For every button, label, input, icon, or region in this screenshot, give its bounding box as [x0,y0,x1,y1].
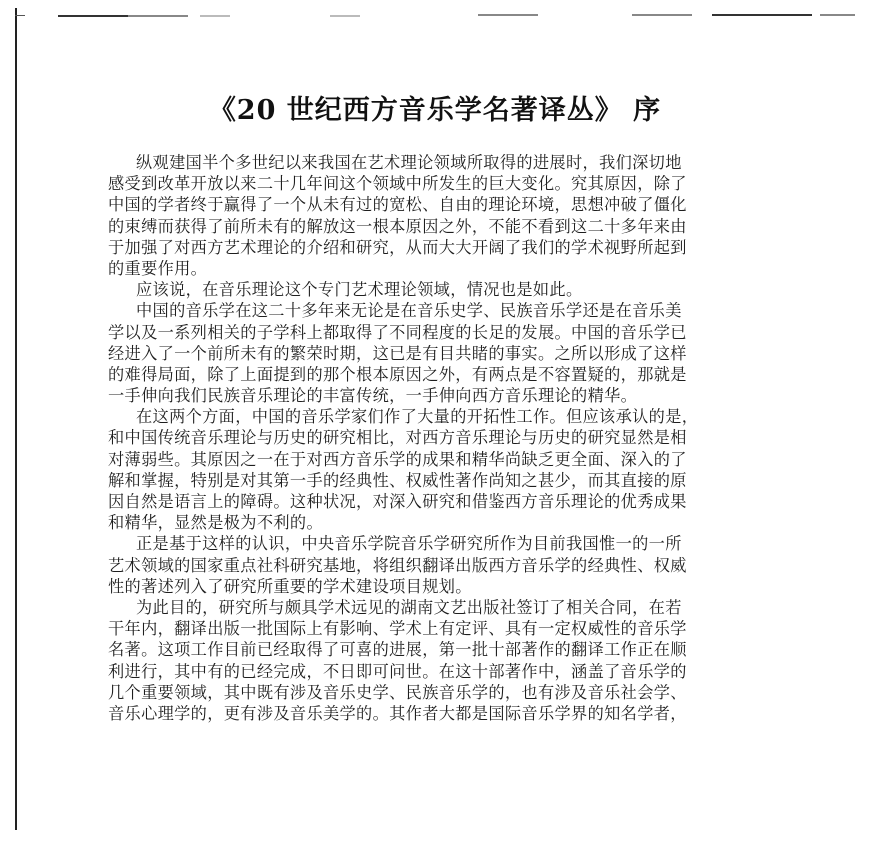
text-line: 几个重要领域，其中既有涉及音乐史学、民族音乐学的，也有涉及音乐社会学、 [108,682,782,703]
paragraph-4: 在这两个方面，中国的音乐学家们作了大量的开拓性工作。但应该承认的是， 和中国传统… [122,406,782,533]
paragraph-5: 正是基于这样的认识，中央音乐学院音乐学研究所作为目前我国惟一的一所 艺术领域的国… [122,533,782,597]
text-line: 利进行，其中有的已经完成，不日即可问世。在这十部著作中，涵盖了音乐学的 [108,661,782,682]
text-line: 音乐心理学的，更有涉及音乐美学的。其作者大都是国际音乐学界的知名学者， [108,703,782,724]
text-line: 中国的学者终于赢得了一个从未有过的宽松、自由的理论环境，思想冲破了僵化 [108,194,782,215]
paragraph-3: 中国的音乐学在这二十多年来无论是在音乐史学、民族音乐学还是在音乐美 学以及一系列… [122,300,782,406]
document-body: 纵观建国半个多世纪以来我国在艺术理论领域所取得的进展时，我们深切地 感受到改革开… [122,152,782,724]
text-line: 和中国传统音乐理论与历史的研究相比，对西方音乐理论与历史的研究显然是相 [108,427,782,448]
text-line: 艺术领域的国家重点社科研究基地，将组织翻译出版西方音乐学的经典性、权威 [108,555,782,576]
text-line: 中国的音乐学在这二十多年来无论是在音乐史学、民族音乐学还是在音乐美 [122,300,782,321]
text-line: 解和掌握，特别是对其第一手的经典性、权威性著作尚知之甚少，而其直接的原 [108,470,782,491]
text-line: 名著。这项工作目前已经取得了可喜的进展，第一批十部著作的翻译工作正在顺 [108,639,782,660]
corner-mark [15,15,25,16]
text-line: 对薄弱些。其原因之一在于对西方音乐学的成果和精华尚缺乏更全面、深入的了 [108,449,782,470]
text-line: 学以及一系列相关的子学科上都取得了不同程度的长足的发展。中国的音乐学已 [108,322,782,343]
text-line: 经进入了一个前所未有的繁荣时期，这已是有目共睹的事实。之所以形成了这样 [108,343,782,364]
text-line: 的束缚而获得了前所未有的解放这一根本原因之外，不能不看到这二十多年来由 [108,216,782,237]
text-line: 为此目的，研究所与颇具学术远见的湖南文艺出版社签订了相关合同，在若 [122,597,782,618]
text-line: 应该说，在音乐理论这个专门艺术理论领域，情况也是如此。 [122,279,782,300]
paragraph-2: 应该说，在音乐理论这个专门艺术理论领域，情况也是如此。 [122,279,782,300]
text-line: 性的著述列入了研究所重要的学术建设项目规划。 [108,576,782,597]
paragraph-1: 纵观建国半个多世纪以来我国在艺术理论领域所取得的进展时，我们深切地 感受到改革开… [122,152,782,279]
text-line: 于加强了对西方艺术理论的介绍和研究，从而大大开阔了我们的学术视野所起到 [108,237,782,258]
text-line: 一手伸向我们民族音乐理论的丰富传统，一手伸向西方音乐理论的精华。 [108,385,782,406]
page-binding-edge [15,8,17,830]
text-line: 在这两个方面，中国的音乐学家们作了大量的开拓性工作。但应该承认的是， [122,406,782,427]
text-line: 因自然是语言上的障碍。这种状况，对深入研究和借鉴西方音乐理论的优秀成果 [108,491,782,512]
text-line: 纵观建国半个多世纪以来我国在艺术理论领域所取得的进展时，我们深切地 [122,152,782,173]
paragraph-6: 为此目的，研究所与颇具学术远见的湖南文艺出版社签订了相关合同，在若 干年内，翻译… [122,597,782,724]
text-line: 感受到改革开放以来二十几年间这个领域中所发生的巨大变化。究其原因，除了 [108,173,782,194]
text-line: 和精华，显然是极为不利的。 [108,512,782,533]
text-line: 的难得局面，除了上面提到的那个根本原因之外，有两点是不容置疑的，那就是 [108,364,782,385]
text-line: 的重要作用。 [108,258,782,279]
text-line: 正是基于这样的认识，中央音乐学院音乐学研究所作为目前我国惟一的一所 [122,533,782,554]
text-line: 干年内，翻译出版一批国际上有影响、学术上有定评、具有一定权威性的音乐学 [108,618,782,639]
document-title: 《20 世纪西方音乐学名著译丛》 序 [0,88,870,127]
